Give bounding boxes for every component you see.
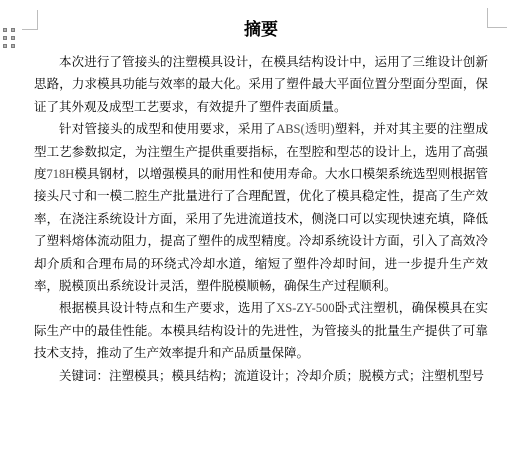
abstract-paragraph-3: 根据模具设计特点和生产要求，选用了XS-ZY-500卧式注塑机，确保模具在实际生… bbox=[34, 297, 488, 364]
body-text: 根据模具设计特点和生产要求，选用了 bbox=[59, 301, 276, 315]
document-page: 摘要 本次进行了管接头的注塑模具设计，在模具结构设计中，运用了三维设计创新思路，… bbox=[0, 0, 512, 473]
body-text: 关键词：注塑模具；模具结构；流道设计；冷却介质；脱模方式；注塑机型号 bbox=[59, 369, 484, 383]
drag-handle-dot bbox=[11, 36, 15, 40]
document-content[interactable]: 摘要 本次进行了管接头的注塑模具设计，在模具结构设计中，运用了三维设计创新思路，… bbox=[34, 17, 488, 387]
margin-crop-mark-right bbox=[487, 27, 507, 28]
model-code-text: XS-ZY-500 bbox=[276, 301, 334, 315]
abstract-paragraph-1: 本次进行了管接头的注塑模具设计，在模具结构设计中，运用了三维设计创新思路，力求模… bbox=[34, 51, 488, 118]
drag-handle-dot bbox=[3, 28, 7, 32]
body-text: 模具钢材，以增强模具的耐用性和使用寿命。大水口模架系统选型则根据管接头尺寸和一模… bbox=[34, 167, 488, 293]
drag-handle-dot bbox=[11, 44, 15, 48]
model-code-text: 718H bbox=[47, 167, 75, 181]
body-text: 本次进行了管接头的注塑模具设计，在模具结构设计中，运用了三维设计创新思路，力求模… bbox=[34, 55, 488, 114]
drag-handle-dot bbox=[3, 44, 7, 48]
abstract-paragraph-2: 针对管接头的成型和使用要求，采用了ABS(透明)塑料，并对其主要的注塑成型工艺参… bbox=[34, 118, 488, 297]
body-text: 针对管接头的成型和使用要求，采用了 bbox=[59, 122, 276, 136]
page-title: 摘要 bbox=[34, 17, 488, 43]
drag-handle-dot bbox=[11, 28, 15, 32]
drag-handle-icon[interactable] bbox=[3, 28, 15, 48]
model-code-text: ABS(透明) bbox=[276, 122, 334, 136]
document-body: 本次进行了管接头的注塑模具设计，在模具结构设计中，运用了三维设计创新思路，力求模… bbox=[34, 51, 488, 387]
drag-handle-dot bbox=[3, 36, 7, 40]
keywords-line: 关键词：注塑模具；模具结构；流道设计；冷却介质；脱模方式；注塑机型号 bbox=[34, 365, 488, 387]
